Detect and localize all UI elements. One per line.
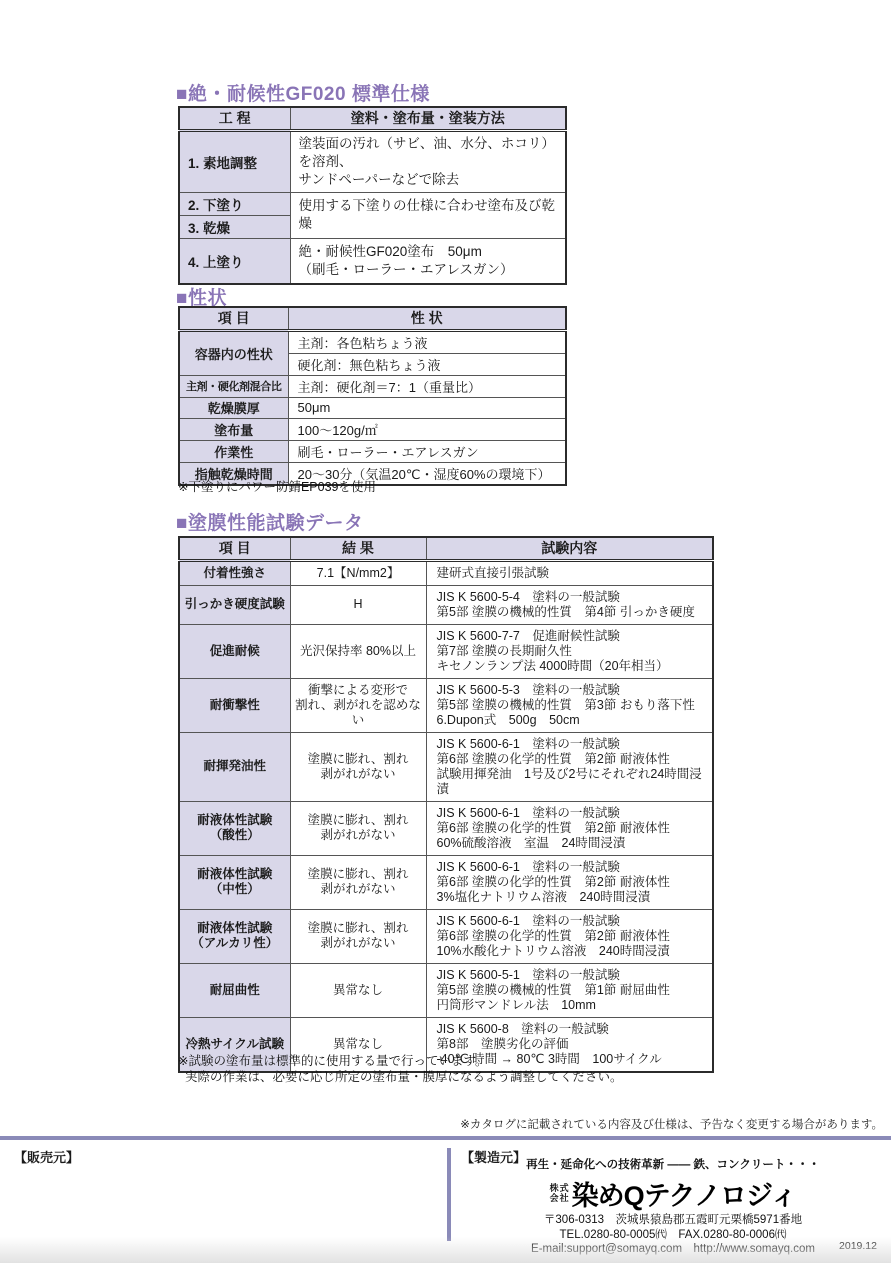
value-cell: 主剤：硬化剤＝7：1（重量比） xyxy=(288,375,566,397)
properties-note: ※下塗りにパワー防錆EP039を使用 xyxy=(178,479,376,495)
table-row: 耐液体性試験 （酸性） 塗膜に膨れ、割れ 剥がれがない JIS K 5600-6… xyxy=(179,801,713,855)
item-cell: 促進耐候 xyxy=(179,624,290,678)
table-header-row: 工 程 塗料・塗布量・塗装方法 xyxy=(179,107,566,130)
table-row: 主剤・硬化剤混合比 主剤：硬化剤＝7：1（重量比） xyxy=(179,375,566,397)
seller-label: 【販売元】 xyxy=(14,1147,79,1166)
detail-col-header: 試験内容 xyxy=(426,537,713,560)
company-prefix: 株式 会社 xyxy=(550,1184,570,1203)
result-cell: H xyxy=(290,585,426,624)
footer-rule xyxy=(0,1136,891,1140)
item-cell: 耐液体性試験 （酸性） xyxy=(179,801,290,855)
value-cell: 50μm xyxy=(288,397,566,418)
value-cell: 主剤：各色粘ちょう液 xyxy=(288,330,566,353)
company-address: 〒306-0313 茨城県猿島郡五霞町元栗橋5971番地 xyxy=(470,1213,876,1228)
result-cell: 塗膜に膨れ、割れ 剥がれがない xyxy=(290,732,426,801)
result-cell: 塗膜に膨れ、割れ 剥がれがない xyxy=(290,801,426,855)
method-cell: 絶・耐候性GF020塗布 50μm （刷毛・ローラー・エアレスガン） xyxy=(290,238,566,284)
table-row: 耐衝撃性 衝撃による変形で 割れ、剥がれを認めない JIS K 5600-5-3… xyxy=(179,678,713,732)
result-cell: 塗膜に膨れ、割れ 剥がれがない xyxy=(290,855,426,909)
item-cell: 乾燥膜厚 xyxy=(179,397,288,418)
detail-cell: JIS K 5600-6-1 塗料の一般試験 第6部 塗膜の化学的性質 第2節 … xyxy=(426,855,713,909)
detail-cell: JIS K 5600-5-3 塗料の一般試験 第5部 塗膜の機械的性質 第3節 … xyxy=(426,678,713,732)
process-cell: 4. 上塗り xyxy=(179,238,290,284)
table-row: 作業性 刷毛・ローラー・エアレスガン xyxy=(179,440,566,462)
properties-table: 項 目 性 状 容器内の性状 主剤：各色粘ちょう液 硬化剤：無色粘ちょう液 主剤… xyxy=(178,306,567,486)
table-row: 容器内の性状 主剤：各色粘ちょう液 xyxy=(179,330,566,353)
item-cell: 付着性強さ xyxy=(179,560,290,585)
result-cell: 7.1【N/mm2】 xyxy=(290,560,426,585)
method-col-header: 塗料・塗布量・塗装方法 xyxy=(290,107,566,130)
item-cell: 主剤・硬化剤混合比 xyxy=(179,375,288,397)
item-cell: 塗布量 xyxy=(179,418,288,440)
detail-cell: JIS K 5600-5-1 塗料の一般試験 第5部 塗膜の機械的性質 第1節 … xyxy=(426,963,713,1017)
table-row: 耐液体性試験 （中性） 塗膜に膨れ、割れ 剥がれがない JIS K 5600-6… xyxy=(179,855,713,909)
value-cell: 硬化剤：無色粘ちょう液 xyxy=(288,353,566,375)
table-row: 引っかき硬度試験 H JIS K 5600-5-4 塗料の一般試験 第5部 塗膜… xyxy=(179,585,713,624)
item-cell: 引っかき硬度試験 xyxy=(179,585,290,624)
method-cell: 塗装面の汚れ（サビ、油、水分、ホコリ）を溶剤、 サンドペーパーなどで除去 xyxy=(290,130,566,192)
table-row: 4. 上塗り 絶・耐候性GF020塗布 50μm （刷毛・ローラー・エアレスガン… xyxy=(179,238,566,284)
performance-note-line2: 実際の作業は、必要に応じ所定の塗布量・膜厚になるよう調整してください。 xyxy=(185,1069,623,1085)
method-cell: 使用する下塗りの仕様に合わせ塗布及び乾燥 xyxy=(290,192,566,238)
table-row: 乾燥膜厚 50μm xyxy=(179,397,566,418)
item-col-header: 項 目 xyxy=(179,537,290,560)
spec-section-title: ■絶・耐候性GF020 標準仕様 xyxy=(176,79,430,106)
item-cell: 耐衝撃性 xyxy=(179,678,290,732)
detail-cell: JIS K 5600-7-7 促進耐候性試験 第7部 塗膜の長期耐久性 キセノン… xyxy=(426,624,713,678)
maker-block: 再生・延命化への技術革新 ―― 鉄、コンクリート・・・ 株式 会社 染めQテクノ… xyxy=(470,1156,876,1257)
company-logo: 株式 会社 染めQテクノロジィ xyxy=(470,1174,876,1213)
result-cell: 衝撃による変形で 割れ、剥がれを認めない xyxy=(290,678,426,732)
process-col-header: 工 程 xyxy=(179,107,290,130)
detail-cell: JIS K 5600-6-1 塗料の一般試験 第6部 塗膜の化学的性質 第2節 … xyxy=(426,732,713,801)
value-cell: 100～120g/㎡ xyxy=(288,418,566,440)
result-cell: 異常なし xyxy=(290,963,426,1017)
detail-cell: 建研式直接引張試験 xyxy=(426,560,713,585)
item-cell: 耐揮発油性 xyxy=(179,732,290,801)
process-table: 工 程 塗料・塗布量・塗装方法 1. 素地調整 塗装面の汚れ（サビ、油、水分、ホ… xyxy=(178,106,567,285)
result-cell: 塗膜に膨れ、割れ 剥がれがない xyxy=(290,909,426,963)
company-telfax: TEL.0280-80-0005㈹ FAX.0280-80-0006㈹ xyxy=(470,1228,876,1243)
performance-table: 項 目 結 果 試験内容 付着性強さ 7.1【N/mm2】 建研式直接引張試験 … xyxy=(178,536,714,1073)
company-contact: E-mail:support@somayq.com http://www.som… xyxy=(470,1242,876,1257)
item-col-header: 項 目 xyxy=(179,307,288,330)
table-row: 促進耐候 光沢保持率 80%以上 JIS K 5600-7-7 促進耐候性試験 … xyxy=(179,624,713,678)
process-cell: 3. 乾燥 xyxy=(179,215,290,238)
item-cell: 容器内の性状 xyxy=(179,330,288,375)
table-row: 2. 下塗り 使用する下塗りの仕様に合わせ塗布及び乾燥 xyxy=(179,192,566,215)
detail-cell: JIS K 5600-6-1 塗料の一般試験 第6部 塗膜の化学的性質 第2節 … xyxy=(426,801,713,855)
result-cell: 光沢保持率 80%以上 xyxy=(290,624,426,678)
value-col-header: 性 状 xyxy=(288,307,566,330)
table-row: 1. 素地調整 塗装面の汚れ（サビ、油、水分、ホコリ）を溶剤、 サンドペーパーな… xyxy=(179,130,566,192)
company-name: 染めQテクノロジィ xyxy=(572,1174,797,1213)
performance-note: ※試験の塗布量は標準的に使用する量で行っています。 実際の作業は、必要に応じ所定… xyxy=(178,1053,623,1085)
item-cell: 作業性 xyxy=(179,440,288,462)
table-row: 付着性強さ 7.1【N/mm2】 建研式直接引張試験 xyxy=(179,560,713,585)
process-cell: 2. 下塗り xyxy=(179,192,290,215)
doc-date: 2019.12 xyxy=(839,1240,877,1252)
item-cell: 耐液体性試験 （アルカリ性） xyxy=(179,909,290,963)
company-tagline: 再生・延命化への技術革新 ―― 鉄、コンクリート・・・ xyxy=(470,1156,876,1172)
table-header-row: 項 目 性 状 xyxy=(179,307,566,330)
detail-cell: JIS K 5600-6-1 塗料の一般試験 第6部 塗膜の化学的性質 第2節 … xyxy=(426,909,713,963)
item-cell: 耐屈曲性 xyxy=(179,963,290,1017)
footer-divider xyxy=(447,1148,451,1241)
table-row: 塗布量 100～120g/㎡ xyxy=(179,418,566,440)
detail-cell: JIS K 5600-5-4 塗料の一般試験 第5部 塗膜の機械的性質 第4節 … xyxy=(426,585,713,624)
item-cell: 耐液体性試験 （中性） xyxy=(179,855,290,909)
performance-section-title: ■塗膜性能試験データ xyxy=(176,508,363,535)
table-row: 耐液体性試験 （アルカリ性） 塗膜に膨れ、割れ 剥がれがない JIS K 560… xyxy=(179,909,713,963)
catalog-page: { "sections": { "spec": { "title": "■絶・耐… xyxy=(0,0,891,1263)
process-cell: 1. 素地調整 xyxy=(179,130,290,192)
result-col-header: 結 果 xyxy=(290,537,426,560)
table-header-row: 項 目 結 果 試験内容 xyxy=(179,537,713,560)
table-row: 耐屈曲性 異常なし JIS K 5600-5-1 塗料の一般試験 第5部 塗膜の… xyxy=(179,963,713,1017)
company-prefix-bottom: 会社 xyxy=(550,1194,570,1204)
catalog-disclaimer: ※カタログに記載されている内容及び仕様は、予告なく変更する場合があります。 xyxy=(460,1116,883,1132)
value-cell: 刷毛・ローラー・エアレスガン xyxy=(288,440,566,462)
performance-note-line1: ※試験の塗布量は標準的に使用する量で行っています。 xyxy=(178,1053,623,1069)
table-row: 耐揮発油性 塗膜に膨れ、割れ 剥がれがない JIS K 5600-6-1 塗料の… xyxy=(179,732,713,801)
